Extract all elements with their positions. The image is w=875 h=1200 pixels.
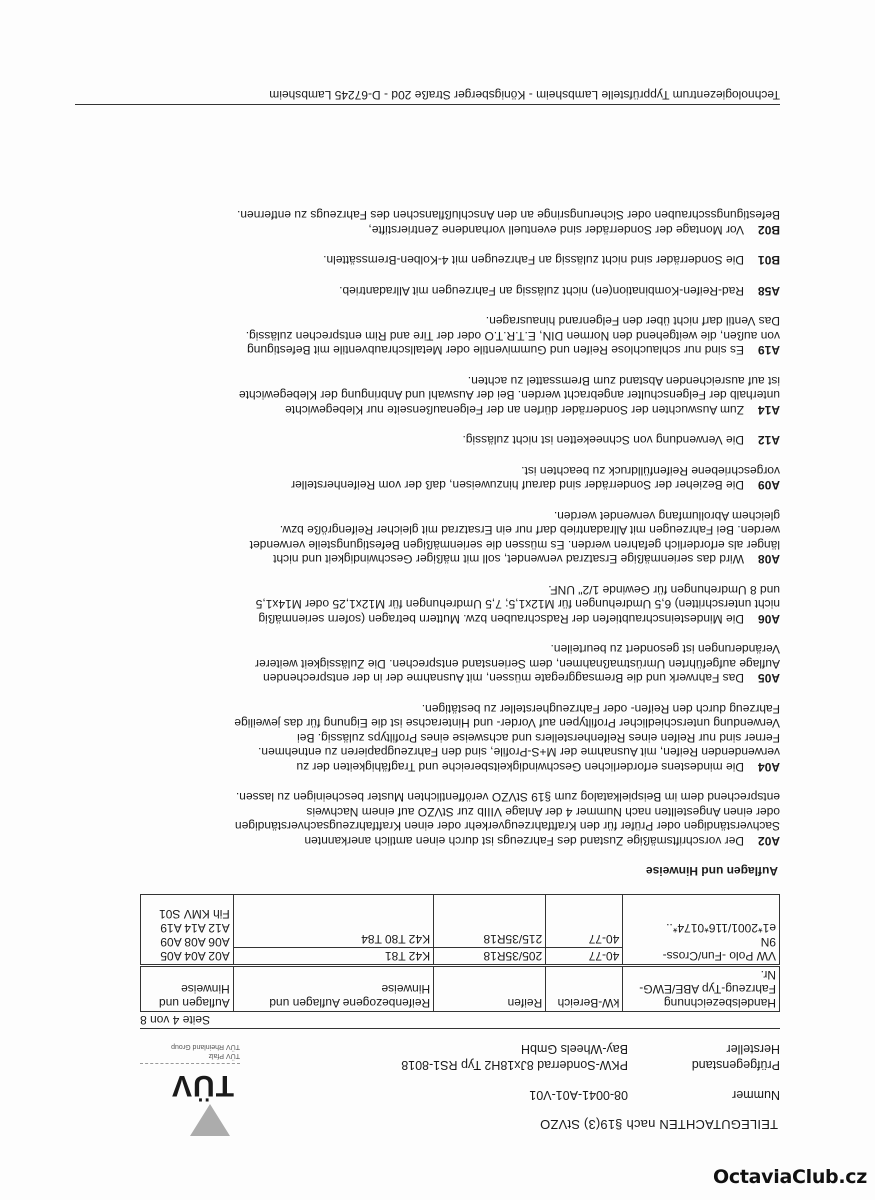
general-notes-cell: A02 A04 A05 A06 A08 A09 A12 A14 A19 Fih … [141, 895, 234, 966]
scanned-page: TEILEGUTACHTEN nach §19(3) StVZO Nummer … [0, 0, 875, 1200]
document-body: TEILEGUTACHTEN nach §19(3) StVZO Nummer … [130, 192, 780, 1132]
requirement-code: B01 [744, 253, 780, 268]
vehicle-table: Handelsbezeichnung Fahrzeug-Typ ABE/EWG-… [140, 894, 780, 1012]
watermark: OctaviaClub.cz [713, 1166, 867, 1188]
requirement-item: A19Es sind nur schlauchlose Reifen und G… [130, 314, 780, 358]
requirement-item: A14Zum Auswuchten der Sonderräder dürfen… [130, 374, 780, 418]
requirement-text: Vor Montage der Sonderräder sind eventue… [139, 208, 744, 237]
page-indicator: Seite 4 von 8 [140, 1013, 780, 1027]
requirement-item: A04Die mindestens erforderlichen Geschwi… [130, 702, 780, 775]
tuv-logo: TÜV TÜV Pfalz TÜV Rheinland Group [120, 1042, 240, 1136]
requirement-text: Die Mindesteinschraubtiefen der Radschra… [139, 583, 744, 627]
header-tire-notes: Reifenbezogene Auflagen und Hinweise [233, 966, 433, 1012]
requirement-item: A08Wird das serienmäßige Ersatzrad verwe… [130, 509, 780, 567]
header-kw: kW-Bereich [546, 966, 623, 1012]
requirement-text: Es sind nur schlauchlose Reifen und Gumm… [139, 314, 744, 358]
header-general-notes: Auflagen und Hinweise [141, 966, 234, 1012]
requirement-text: Die Bezieher der Sonderräder sind darauf… [139, 464, 744, 493]
requirements-list: A02Der vorschriftsmäßige Zustand des Fah… [130, 208, 780, 848]
requirement-text: Die Sonderräder sind nicht zulässig an F… [139, 253, 744, 268]
header-tire: Reifen [434, 966, 546, 1012]
table-row: VW Polo -Fun/Cross- 9N e1*2001/116*0174*… [141, 948, 780, 966]
requirement-item: B01Die Sonderräder sind nicht zulässig a… [130, 253, 780, 268]
requirement-item: A05Das Fahrwerk und die Bremsaggregate m… [130, 642, 780, 686]
tuv-triangle-icon [190, 1104, 230, 1136]
requirement-text: Rad-Reifen-Kombination(en) nicht zulässi… [139, 284, 744, 299]
vehicle-cell: VW Polo -Fun/Cross- 9N e1*2001/116*0174*… [623, 895, 780, 966]
table-header-row: Handelsbezeichnung Fahrzeug-Typ ABE/EWG-… [141, 966, 780, 1012]
requirement-text: Zum Auswuchten der Sonderräder dürfen an… [139, 374, 744, 418]
requirement-item: A12Die Verwendung von Schneeketten ist n… [130, 433, 780, 448]
requirement-code: A58 [744, 284, 780, 299]
requirement-item: A06Die Mindesteinschraubtiefen der Radsc… [130, 583, 780, 627]
page-footer: Technologiezentrum Typprüfstelle Lambshe… [80, 88, 780, 105]
requirement-text: Die mindestens erforderlichen Geschwindi… [139, 702, 744, 775]
requirement-item: B02Vor Montage der Sonderräder sind even… [130, 208, 780, 237]
requirement-item: A02Der vorschriftsmäßige Zustand des Fah… [130, 790, 780, 848]
header-vehicle: Handelsbezeichnung Fahrzeug-Typ ABE/EWG-… [623, 966, 780, 1012]
section-title: Auflagen und Hinweise [130, 864, 778, 878]
requirement-code: A12 [744, 433, 780, 448]
requirement-item: A09Die Bezieher der Sonderräder sind dar… [130, 464, 780, 493]
requirement-text: Der vorschriftsmäßige Zustand des Fahrze… [139, 790, 744, 848]
requirement-text: Die Verwendung von Schneeketten ist nich… [139, 433, 744, 448]
requirement-text: Das Fahrwerk und die Bremsaggregate müss… [139, 642, 744, 686]
requirement-text: Wird das serienmäßige Ersatzrad verwende… [139, 509, 744, 567]
requirement-item: A58Rad-Reifen-Kombination(en) nicht zulä… [130, 284, 780, 299]
header-divider [140, 1028, 780, 1029]
